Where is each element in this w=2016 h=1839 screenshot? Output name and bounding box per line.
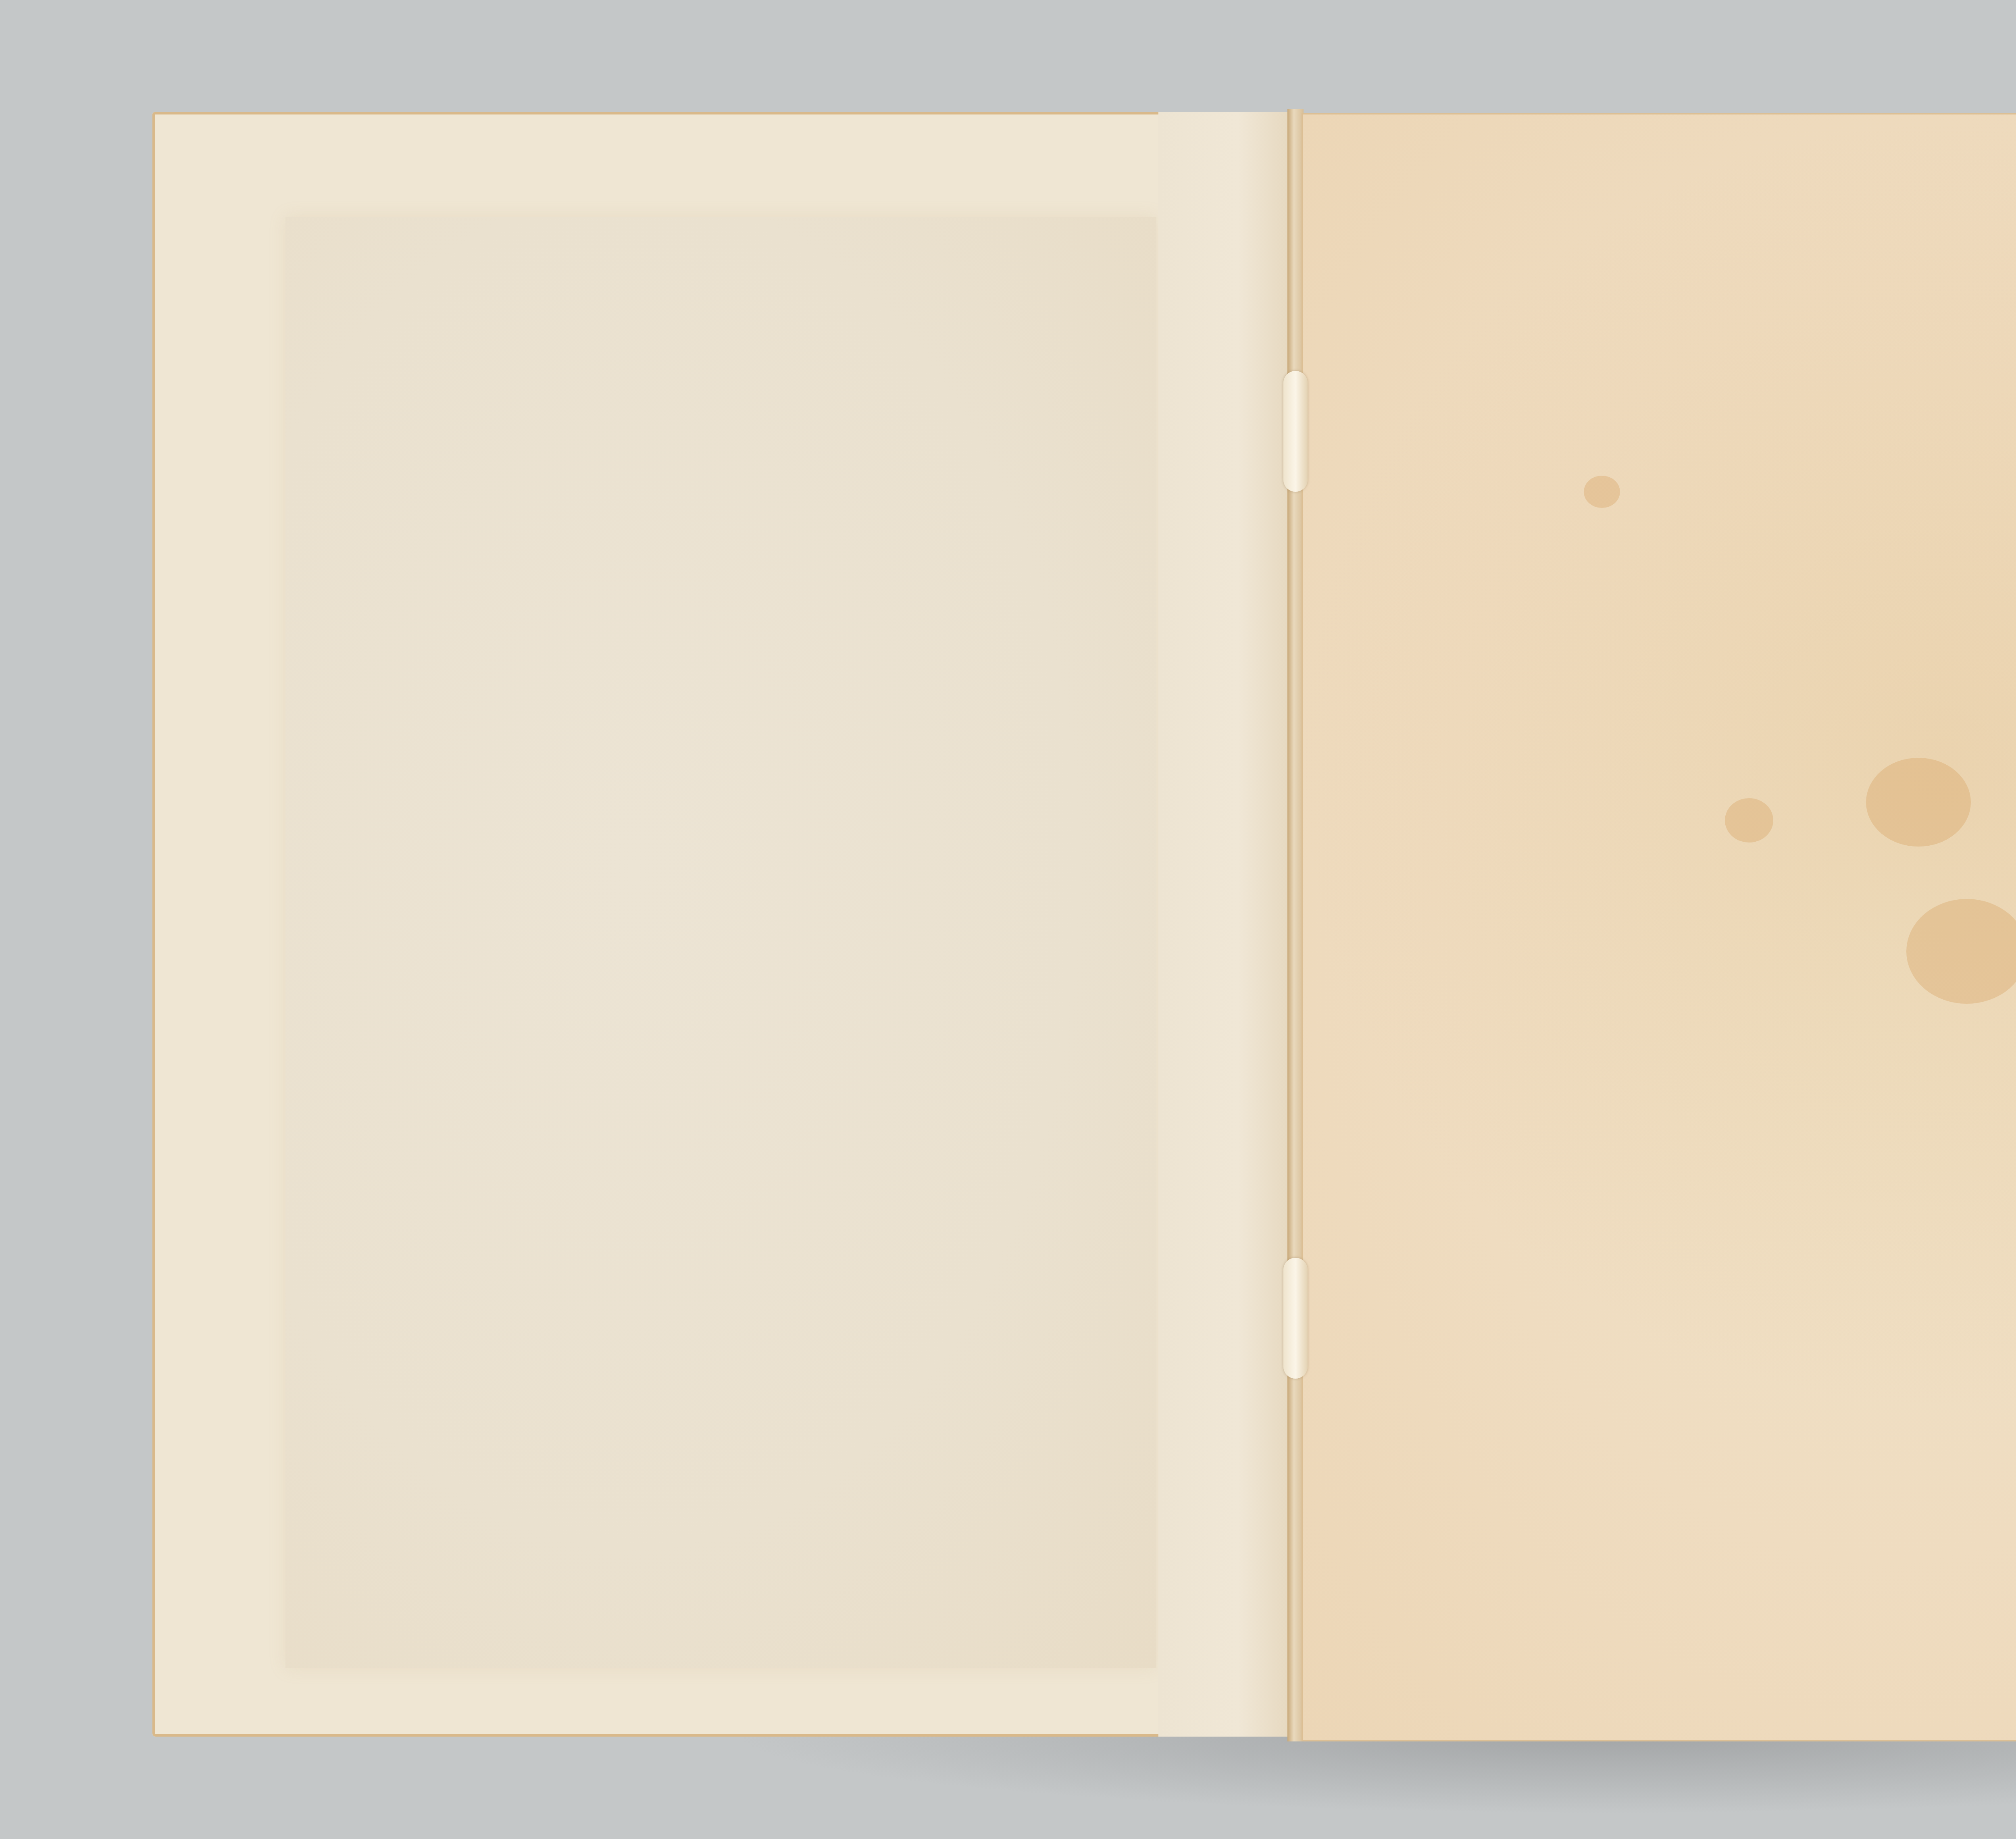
left-page-inner-panel [285, 217, 1156, 1668]
binding-stitch-bottom [1283, 1258, 1308, 1379]
table-shadow [726, 1733, 2016, 1814]
right-page [1302, 113, 2016, 1741]
left-page-hinge [1158, 112, 1291, 1737]
foxing-stain [1584, 476, 1620, 508]
open-book [152, 109, 2016, 1745]
left-page [152, 112, 1291, 1737]
foxing-stain [1866, 758, 1971, 847]
binding-stitch-top [1283, 371, 1308, 492]
book-gutter [1287, 109, 1304, 1741]
foxing-stain [1725, 798, 1773, 843]
foxing-stain [1906, 899, 2016, 1004]
